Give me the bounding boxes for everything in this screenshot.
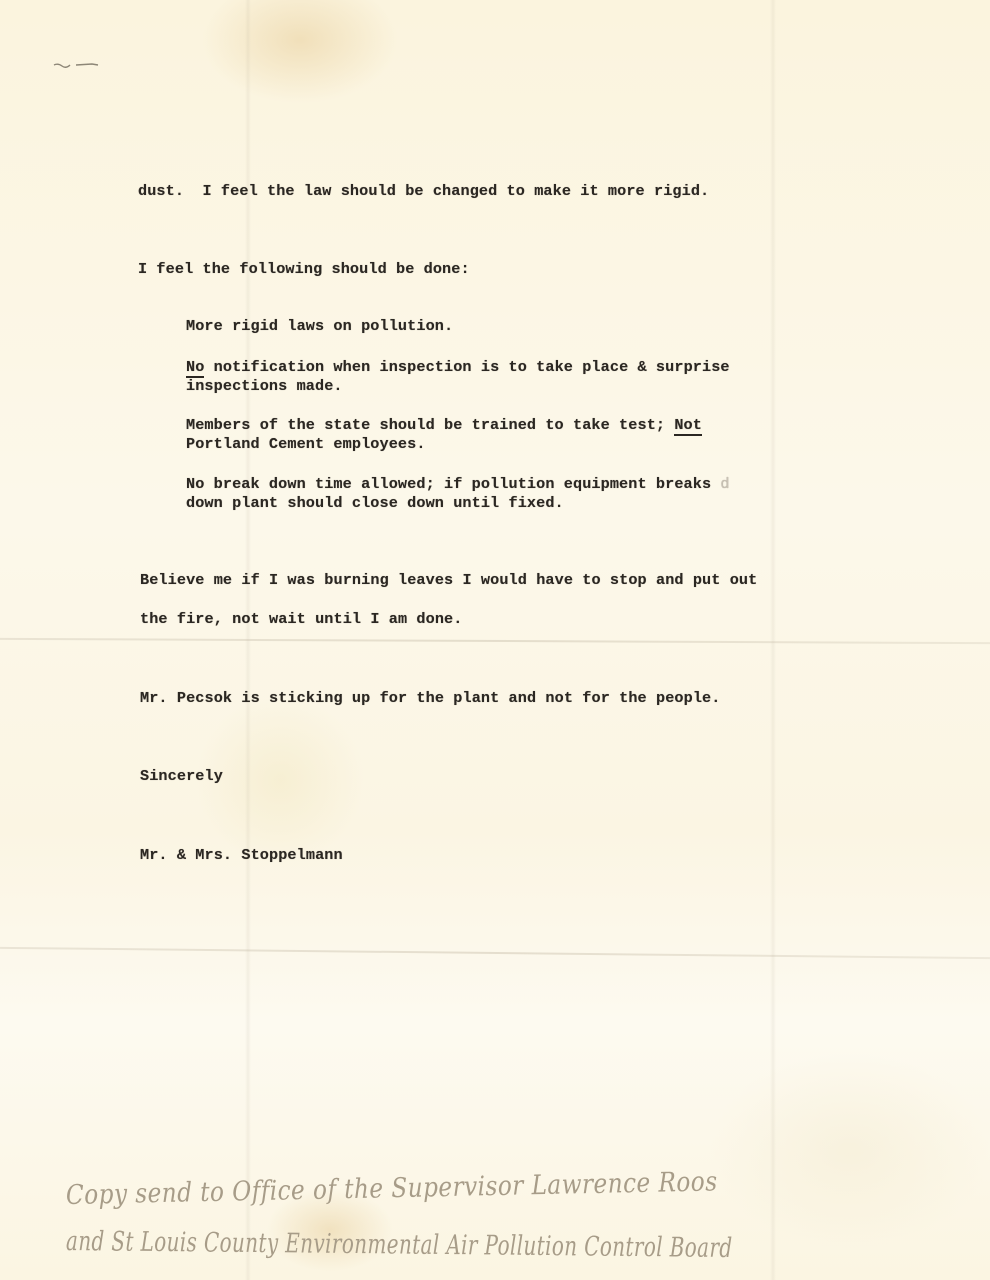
- list-item-1: More rigid laws on pollution.: [186, 317, 453, 335]
- stray-character: d: [720, 475, 729, 493]
- letter-body: dust. I feel the law should be changed t…: [0, 0, 18, 396]
- list-item-3-line-1: Members of the state should be trained t…: [186, 416, 702, 434]
- closing: Sincerely: [140, 767, 223, 785]
- fold-shadow: [770, 0, 776, 1280]
- list-item-2-line-1: No notification when inspection is to ta…: [186, 358, 730, 376]
- pencil-mark: [52, 62, 104, 68]
- underlined-word: No: [186, 358, 204, 378]
- signature: Mr. & Mrs. Stoppelmann: [140, 846, 343, 864]
- list-item-4-line-1: No break down time allowed; if pollution…: [186, 475, 730, 493]
- paragraph-burning-line-1: Believe me if I was burning leaves I wou…: [140, 571, 757, 589]
- underlined-word: Not: [674, 416, 702, 436]
- paragraph-burning-line-2: the fire, not wait until I am done.: [140, 610, 463, 628]
- list-item-2-line-2: inspections made.: [186, 377, 343, 395]
- list-intro: I feel the following should be done:: [138, 260, 470, 278]
- list-item-3-line-2: Portland Cement employees.: [186, 435, 426, 453]
- list-item-4-line-2: down plant should close down until fixed…: [186, 494, 564, 512]
- paragraph-pecsok: Mr. Pecsok is sticking up for the plant …: [140, 689, 720, 707]
- opening-line: dust. I feel the law should be changed t…: [138, 182, 709, 200]
